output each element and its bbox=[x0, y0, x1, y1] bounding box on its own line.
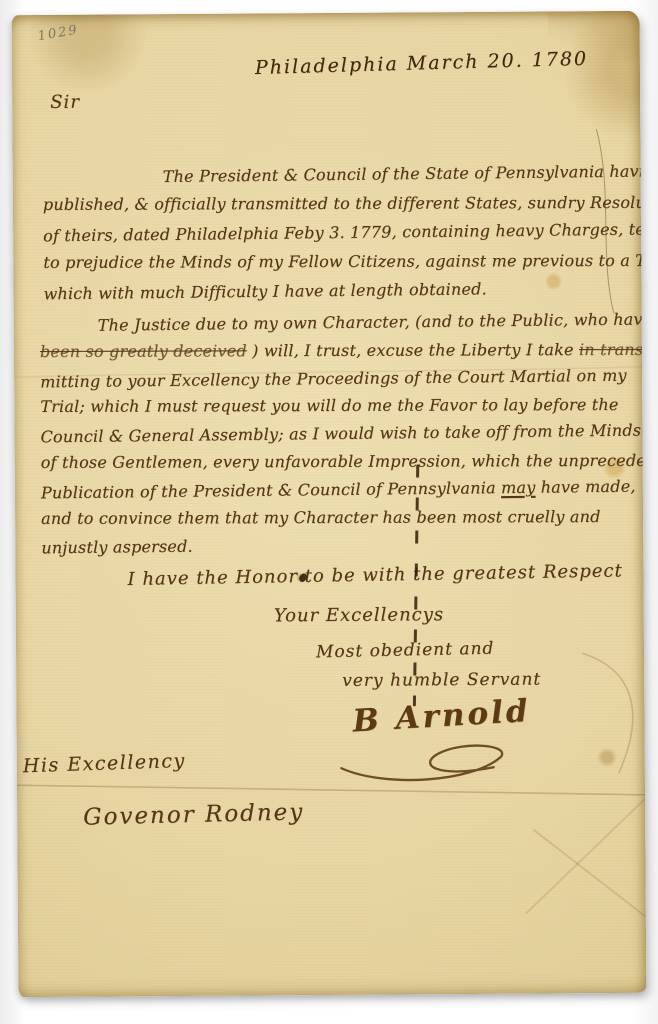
signature-block: B Arnold bbox=[352, 693, 532, 739]
letter-line: published, & officially transmitted to t… bbox=[43, 188, 647, 219]
letter-line-text: Publication of the President & Council o… bbox=[41, 478, 501, 502]
recipient-governor-rodney: Govenor Rodney bbox=[83, 799, 305, 830]
letter-line: Council & General Assembly; as I would w… bbox=[40, 417, 646, 452]
letter-photo: { "letter": { "archive_number": "1029", … bbox=[0, 0, 658, 1024]
archive-number: 1029 bbox=[37, 23, 80, 45]
dateline: Philadelphia March 20. 1780 bbox=[255, 48, 589, 79]
letter-line-text: ) will, I trust, excuse the Liberty I ta… bbox=[247, 340, 579, 360]
closing-obedient-line: Most obedient and bbox=[316, 639, 495, 663]
letter-line: of those Gentlemen, every unfavorable Im… bbox=[41, 447, 647, 477]
letter-line: Publication of the President & Council o… bbox=[41, 472, 647, 507]
letter-line: The Justice due to my own Character, (an… bbox=[40, 305, 647, 340]
letter-paper: 1029 Philadelphia March 20. 1780 Sir The… bbox=[12, 11, 647, 997]
paragraph-2: The Justice due to my own Character, (an… bbox=[40, 307, 647, 561]
closing-servant-line: very humble Servant bbox=[342, 670, 541, 691]
recipient-his-excellency: His Excellency bbox=[22, 750, 186, 777]
struck-through-text: been so greatly deceived bbox=[40, 341, 247, 361]
closing-respect-line: I have the Honor to be with the greatest… bbox=[127, 560, 623, 590]
letter-line: The President & Council of the State of … bbox=[43, 156, 647, 192]
paragraph-1: The President & Council of the State of … bbox=[43, 158, 647, 307]
letter-line: unjustly aspersed. bbox=[41, 528, 646, 563]
letter-line: to prejudice the Minds of my Fellow Citi… bbox=[43, 246, 646, 277]
signature-flourish bbox=[334, 727, 527, 794]
underlined-word: may bbox=[501, 478, 536, 497]
letter-line-text: have made, bbox=[535, 476, 635, 496]
letter-line: of theirs, dated Philadelphia Feby 3. 17… bbox=[43, 214, 646, 250]
salutation: Sir bbox=[50, 92, 80, 113]
letter-line: been so greatly deceived ) will, I trust… bbox=[40, 336, 647, 366]
struck-through-text: in trans— bbox=[579, 340, 646, 359]
closing-excellency-line: Your Excellencys bbox=[274, 604, 445, 626]
letter-line: which with much Difficulty I have at len… bbox=[43, 272, 646, 308]
